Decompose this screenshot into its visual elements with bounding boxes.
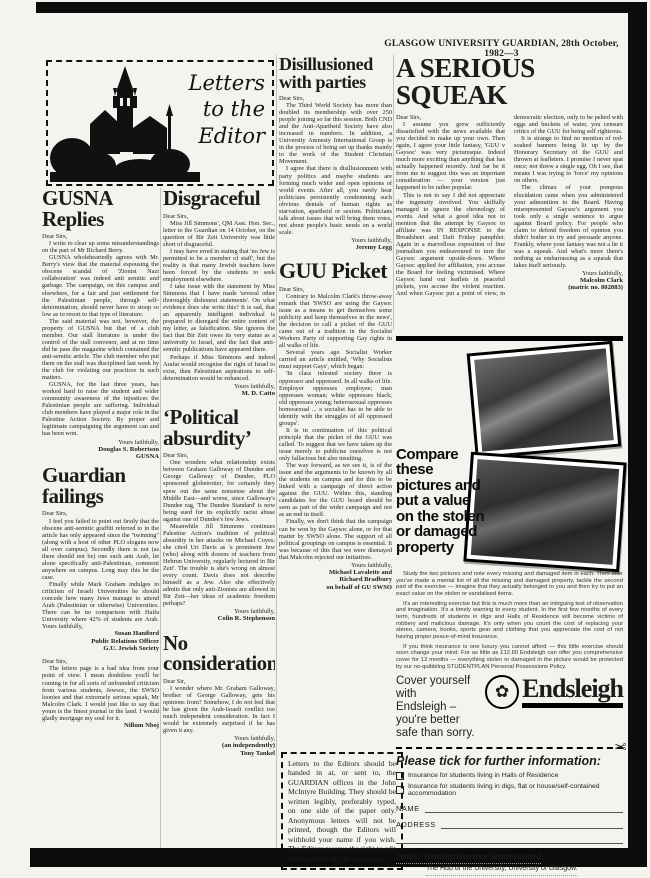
signoff: Yours faithfully, bbox=[42, 439, 159, 446]
send-to-block: Send to: Endsleigh Insurance Services Li… bbox=[396, 853, 623, 876]
cut-here-line: ✂ bbox=[396, 747, 623, 749]
paragraph: Perhaps if Miss Simmons and indeed Arafa… bbox=[163, 354, 275, 382]
scissors-icon: ✂ bbox=[614, 738, 627, 756]
checkbox-digs bbox=[396, 786, 404, 794]
signature: Public Relations Officer bbox=[42, 638, 159, 645]
form-title: Please tick for further information: bbox=[396, 754, 623, 768]
paragraph: Study the two pictures and note every mi… bbox=[396, 571, 623, 598]
salutation: Dear Sirs, bbox=[42, 658, 159, 665]
signature: Michael Lavalette and bbox=[279, 569, 392, 576]
letter-guardian-failings: Guardian failings Dear Sirs, I feel you … bbox=[42, 465, 159, 652]
send-to-line-2: The Hub of the University, University of… bbox=[426, 864, 578, 876]
advert-tagline-row: Cover yourself with Endsleigh – you're b… bbox=[396, 675, 623, 739]
letter-political-absurdity: ‘Political absurdity’ Dear Sirs, One won… bbox=[163, 407, 275, 623]
letter-guu-picket: GUU Picket Dear Sirs, Contrary to Malcol… bbox=[279, 260, 392, 591]
paragraph: I wonder where Mr. Graham Galloway, brot… bbox=[163, 685, 275, 734]
endsleigh-logo-bar bbox=[522, 703, 623, 708]
headline-guu-picket: GUU Picket bbox=[279, 260, 392, 282]
letter-body: Contrary to Malcolm Clark's throw-away r… bbox=[279, 293, 392, 561]
address-field-row: ADDRESS bbox=[396, 820, 623, 829]
paragraph: GUSNA, for the last three years, has wor… bbox=[42, 381, 159, 437]
paragraph: I feel you failed to point out firstly t… bbox=[42, 518, 159, 581]
scan-edge-right bbox=[628, 2, 647, 866]
signature: (an independently) bbox=[163, 742, 275, 749]
paragraph: Several years ago Socialist Worker carri… bbox=[279, 349, 392, 370]
signature: G.U. Jewish Society bbox=[42, 645, 159, 652]
salutation: Dear Sir, bbox=[163, 678, 275, 685]
letter-gusna-replies: GUSNA Replies Dear Sirs, I write to clea… bbox=[42, 188, 159, 460]
scan-edge-top bbox=[36, 2, 638, 13]
paragraph: I take issue with the statement by Miss … bbox=[163, 283, 275, 353]
paragraph: The letters page is a bad idea from your… bbox=[42, 665, 159, 721]
checkbox-halls bbox=[396, 772, 404, 780]
signatures: Michael Lavalette andRichard Bradburyon … bbox=[279, 569, 392, 591]
paragraph: It is in continuation of this political … bbox=[279, 427, 392, 462]
letter-no-consideration: No consideration Dear Sir, I wonder wher… bbox=[163, 633, 275, 757]
endsleigh-rosette-icon: ✿ bbox=[485, 675, 519, 709]
column-divider bbox=[393, 55, 394, 330]
letter-finest-journal: Dear Sirs, The letters page is a bad ide… bbox=[42, 658, 159, 729]
salutation: Dear Sirs, bbox=[42, 233, 159, 240]
signatures: Jeremy Legg bbox=[279, 244, 392, 251]
newspaper-page: GLASGOW UNIVERSITY GUARDIAN, 28th Octobe… bbox=[0, 0, 650, 878]
column-divider bbox=[276, 55, 277, 848]
squeak-section: A SERIOUS SQUEAK Dear Sirs, I assume you… bbox=[396, 55, 623, 336]
headline-gusna-replies: GUSNA Replies bbox=[42, 188, 159, 229]
paragraph: One wonders what relationship exists bet… bbox=[163, 459, 275, 522]
letter-body: Miss Jill Simmons', QM Asst. Hon. Sec., … bbox=[163, 220, 275, 382]
endsleigh-brand-name: Endsleigh bbox=[522, 674, 623, 703]
column-3: Disillusioned with parties Dear Sirs, Th… bbox=[279, 55, 392, 749]
signature: Nillum Nboj bbox=[42, 722, 159, 729]
advert-top-rule bbox=[396, 336, 623, 341]
column-2: Disgraceful Dear Sirs, Miss Jill Simmons… bbox=[163, 188, 275, 856]
letter-disgraceful: Disgraceful Dear Sirs, Miss Jill Simmons… bbox=[163, 188, 275, 397]
headline-serious-squeak: A SERIOUS SQUEAK bbox=[396, 55, 623, 109]
signoff: Yours faithfully, bbox=[279, 562, 392, 569]
signature: Douglas S. Robertson bbox=[42, 446, 159, 453]
name-input-line bbox=[425, 804, 623, 813]
letter-disillusioned: Disillusioned with parties Dear Sirs, Th… bbox=[279, 55, 392, 251]
signature: Jeremy Legg bbox=[279, 244, 392, 251]
signoff: Yours faithfully, bbox=[163, 608, 275, 615]
signoff: Yours faithfully, bbox=[514, 270, 623, 277]
paragraph: The way forward, as we see it, is of the… bbox=[279, 462, 392, 518]
salutation: Dear Sirs, bbox=[279, 95, 392, 102]
salutation: Dear Sirs, bbox=[279, 286, 392, 293]
paragraph: Meanwhile Jill Simmons continues Palesti… bbox=[163, 523, 275, 608]
signature: Malcolm Clark bbox=[514, 277, 623, 284]
paragraph: The climax of your pompous elucidation c… bbox=[514, 184, 623, 269]
signature: Richard Bradbury bbox=[279, 576, 392, 583]
signature: (matric no. 802883) bbox=[514, 284, 623, 291]
signoff: Yours faithfully, bbox=[163, 735, 275, 742]
paragraph: I write to clear up some misunderstandin… bbox=[42, 240, 159, 254]
paragraph: GUSNA wholeheartedly agrees with Mr. Ber… bbox=[42, 254, 159, 317]
paragraph: If you think insurance is one luxury you… bbox=[396, 644, 623, 671]
letters-to-editor-box: Letters to the Editor bbox=[46, 60, 274, 186]
advert-copy: Study the two pictures and note every mi… bbox=[396, 571, 623, 670]
headline-no-consideration: No consideration bbox=[163, 633, 275, 674]
paragraph: It is strange to find no mention of red-… bbox=[514, 135, 623, 184]
paragraph: 'In class infested society there is oppr… bbox=[279, 370, 392, 426]
name-field-row: NAME bbox=[396, 804, 623, 813]
checkbox-halls-label: Insurance for students living in Halls o… bbox=[408, 772, 558, 779]
paragraph: The Third World Society has more than do… bbox=[279, 102, 392, 165]
room-photo-before bbox=[467, 341, 622, 459]
signatures: M. D. Catto bbox=[163, 390, 275, 397]
letter-body: The Third World Society has more than do… bbox=[279, 102, 392, 236]
signatures: Douglas S. RobertsonGUSNA bbox=[42, 446, 159, 461]
address-label: ADDRESS bbox=[396, 820, 436, 829]
advert-pictures: Compare these pictures and put a value o… bbox=[396, 345, 623, 571]
signature: GUSNA bbox=[42, 453, 159, 460]
paragraph: I agree that there is disillusionment wi… bbox=[279, 165, 392, 235]
signatures: Malcolm Clark(matric no. 802883) bbox=[514, 277, 623, 292]
paragraph: It's an interesting exercise but this is… bbox=[396, 601, 623, 641]
signatures: (an independently)Tony Tankel bbox=[163, 742, 275, 757]
headline-political-absurdity: ‘Political absurdity’ bbox=[163, 407, 275, 448]
signature: on behalf of GU SWSO bbox=[279, 584, 392, 591]
address-input-line bbox=[441, 820, 623, 829]
salutation: Dear Sirs, bbox=[42, 510, 159, 517]
send-to-line-1: Send to: Endsleigh Insurance Services Li… bbox=[396, 853, 541, 865]
name-label: NAME bbox=[396, 804, 420, 813]
signoff: Yours faithfully, bbox=[279, 237, 392, 244]
form-option-digs: Insurance for students living in digs, f… bbox=[396, 783, 623, 797]
signature: Susan Haniford bbox=[42, 630, 159, 637]
paragraph: Contrary to Malcolm Clark's throw-away r… bbox=[279, 293, 392, 349]
checkbox-digs-label: Insurance for students living in digs, f… bbox=[408, 783, 623, 797]
paragraph: The said material was not, however, the … bbox=[42, 318, 159, 381]
letter-squeak: Dear Sirs, I assume you grew sufficientl… bbox=[396, 114, 623, 336]
paragraph: Miss Jill Simmons', QM Asst. Hon. Sec., … bbox=[163, 220, 275, 248]
column-divider bbox=[160, 188, 161, 848]
salutation: Dear Sirs, bbox=[163, 213, 275, 220]
paragraph: I may have erred in stating that 'no Jew… bbox=[163, 248, 275, 283]
headline-disgraceful: Disgraceful bbox=[163, 188, 275, 209]
form-option-halls: Insurance for students living in Halls o… bbox=[396, 772, 623, 780]
paragraph: I assume you grew sufficiently dissatisf… bbox=[396, 121, 505, 191]
endsleigh-logo: ✿ Endsleigh bbox=[485, 675, 623, 709]
letter-body: The letters page is a bad idea from your… bbox=[42, 665, 159, 721]
letters-submission-notice: Letters to the Editors should be handed … bbox=[281, 752, 403, 870]
signatures: Colin R. Stephenson bbox=[163, 615, 275, 622]
salutation: Dear Sirs, bbox=[396, 114, 505, 121]
paragraph: Finally, we don't think that the campaig… bbox=[279, 518, 392, 560]
endsleigh-advert: Compare these pictures and put a value o… bbox=[396, 336, 623, 845]
signoff: Yours faithfully, bbox=[163, 383, 275, 390]
headline-guardian-failings: Guardian failings bbox=[42, 465, 159, 506]
column-1: GUSNA Replies Dear Sirs, I write to clea… bbox=[42, 188, 159, 856]
address-input-line-2 bbox=[396, 833, 623, 844]
signatures: Susan HanifordPublic Relations OfficerG.… bbox=[42, 630, 159, 652]
signatures: Nillum Nboj bbox=[42, 722, 159, 729]
letter-body: One wonders what relationship exists bet… bbox=[163, 459, 275, 607]
signature: M. D. Catto bbox=[163, 390, 275, 397]
paragraph: Finally while Mark Graham indulges in cr… bbox=[42, 581, 159, 630]
letters-box-title: Letters to the Editor bbox=[189, 70, 266, 149]
advert-headline: Compare these pictures and put a value o… bbox=[396, 447, 490, 555]
university-tower-illustration bbox=[50, 66, 200, 182]
signature: Tony Tankel bbox=[163, 750, 275, 757]
salutation: Dear Sirs, bbox=[163, 452, 275, 459]
letter-body: I feel you failed to point out firstly t… bbox=[42, 518, 159, 631]
letter-body: I write to clear up some misunderstandin… bbox=[42, 240, 159, 437]
letter-body: I wonder where Mr. Graham Galloway, brot… bbox=[163, 685, 275, 734]
advert-tagline: Cover yourself with Endsleigh – you're b… bbox=[396, 675, 485, 739]
signature: Colin R. Stephenson bbox=[163, 615, 275, 622]
headline-disillusioned: Disillusioned with parties bbox=[279, 55, 392, 91]
